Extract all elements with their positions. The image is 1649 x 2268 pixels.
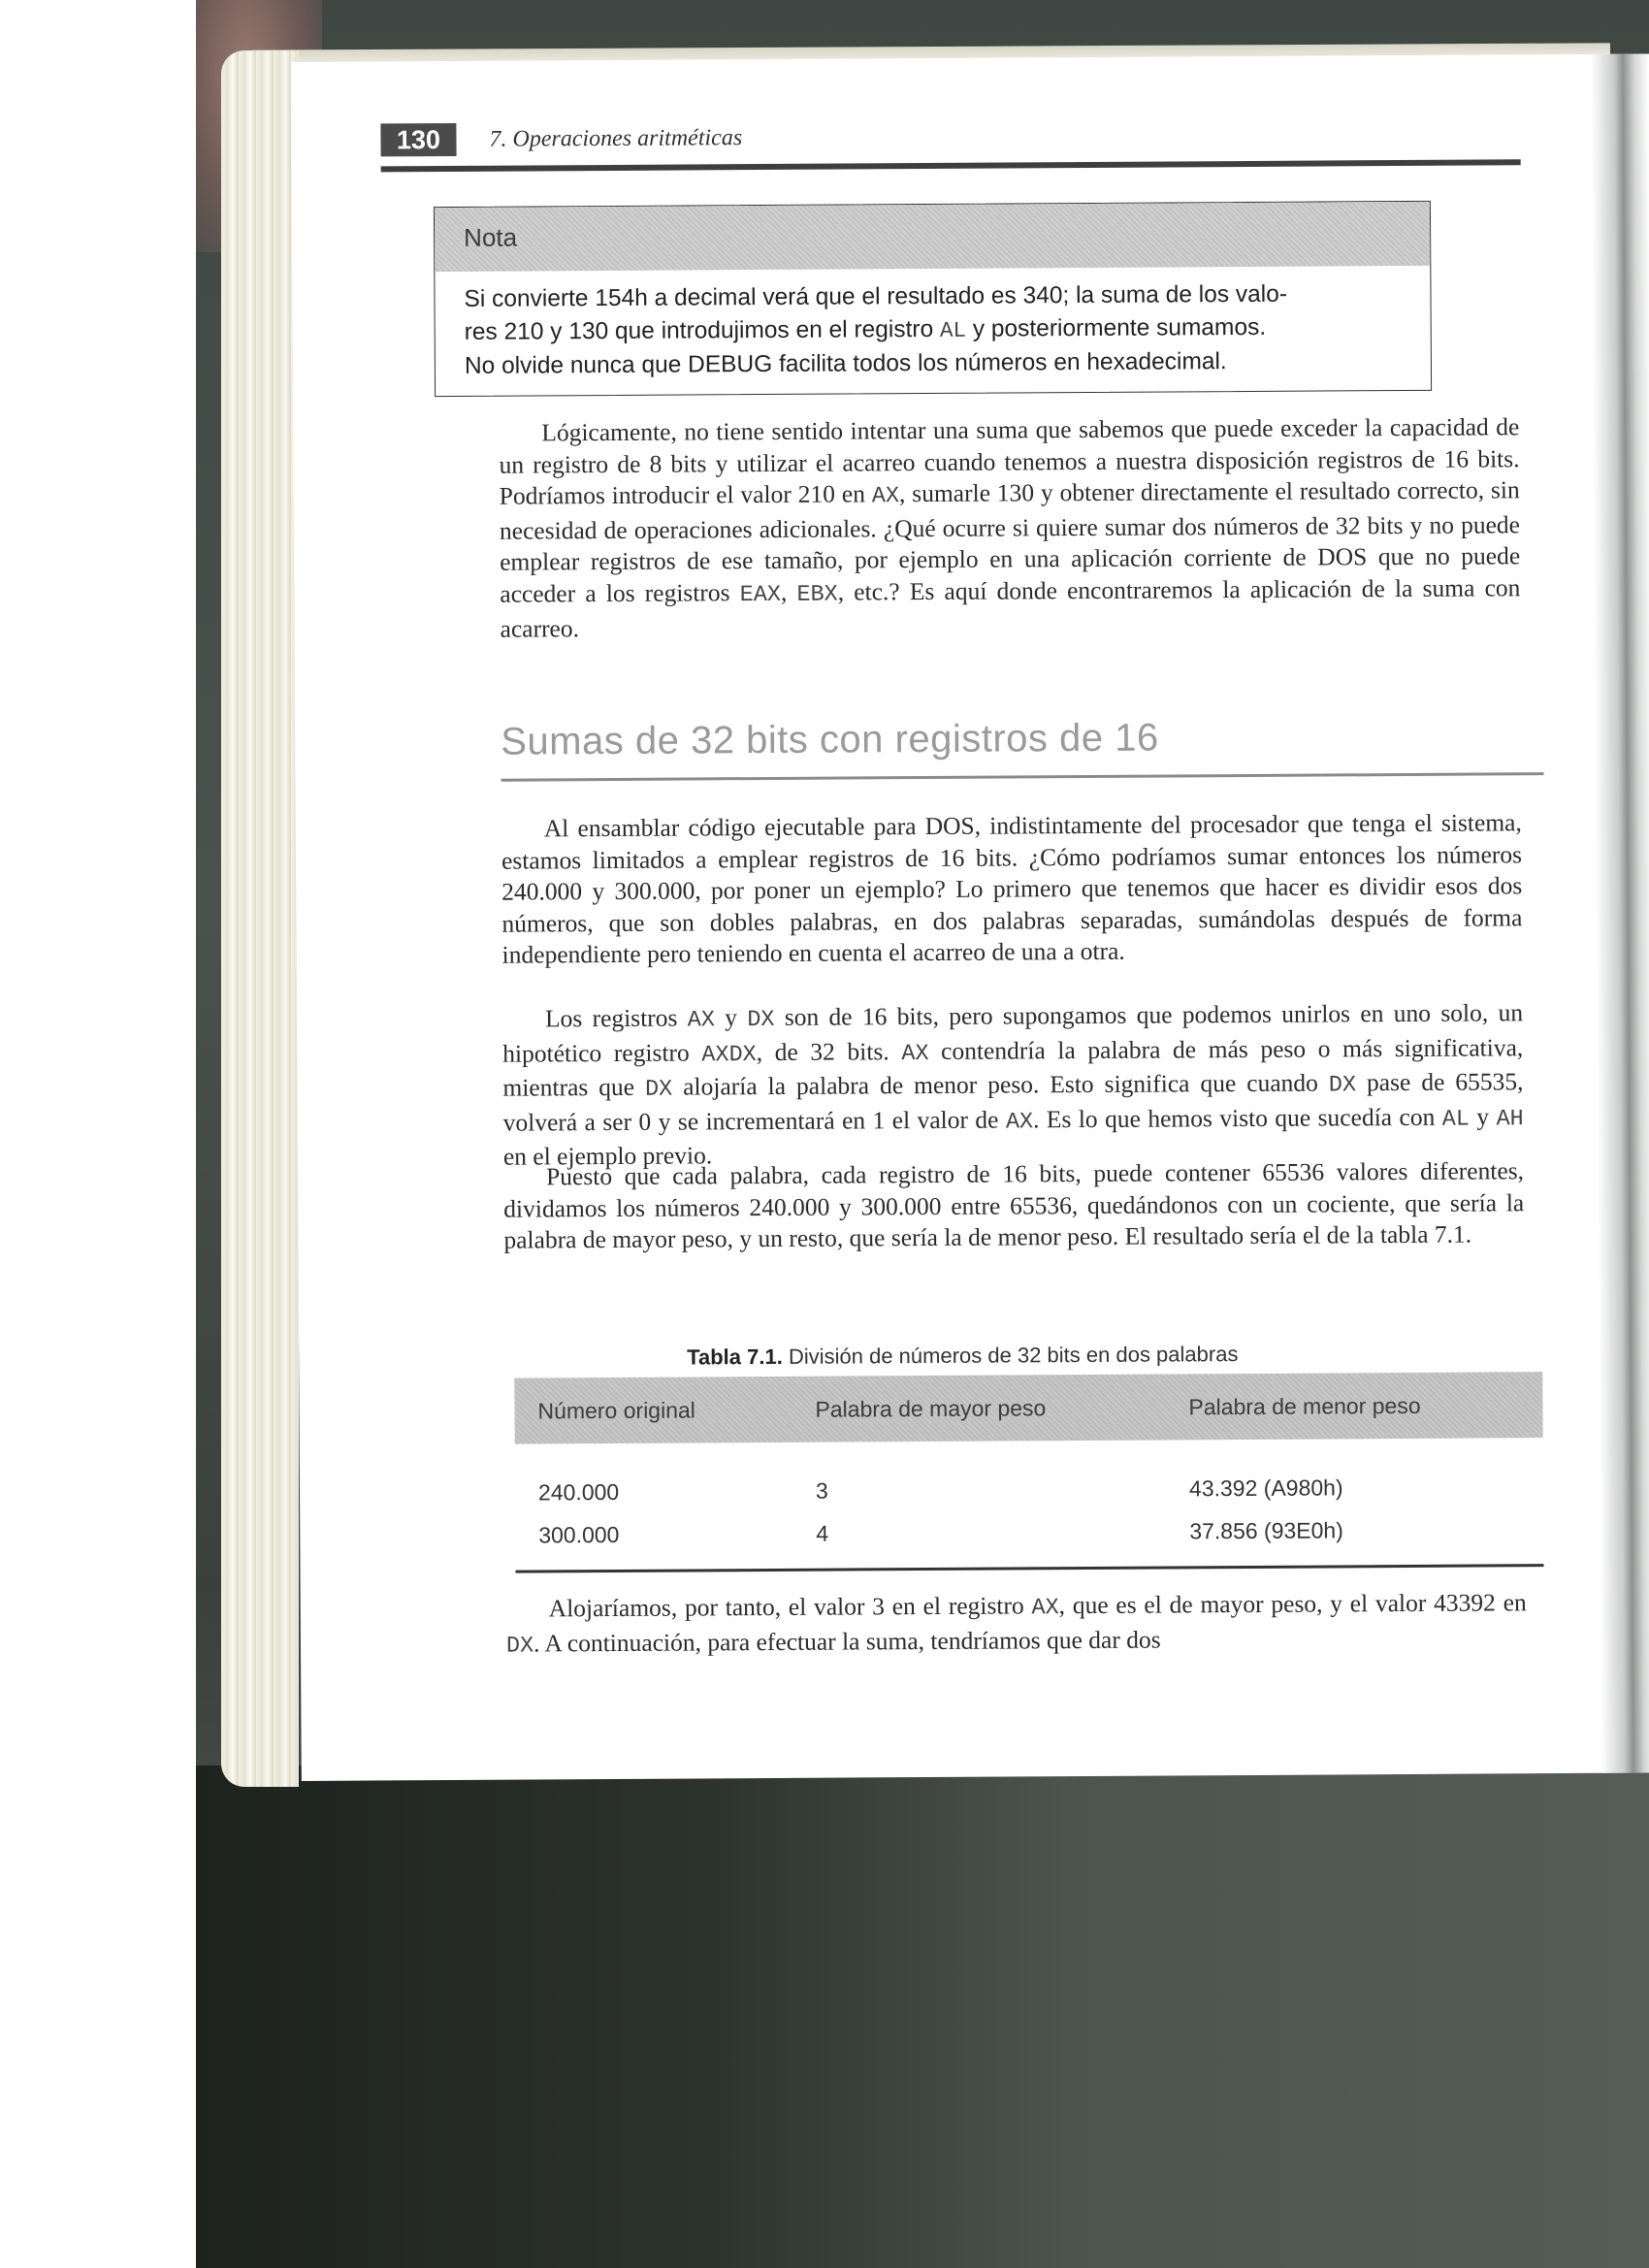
text: . Es lo que hemos visto que sucedía con: [1033, 1103, 1442, 1134]
table-caption: Tabla 7.1. División de números de 32 bit…: [687, 1342, 1238, 1370]
table-7-1: Número original Palabra de mayor peso Pa…: [514, 1372, 1543, 1572]
paragraph-al-ensamblar: Al ensamblar código ejecutable para DOS,…: [501, 807, 1523, 971]
table-cell: 4: [816, 1518, 1189, 1546]
text: y: [715, 1003, 748, 1031]
text: . A continuación, para efectuar la suma,…: [533, 1625, 1161, 1657]
column-header: Palabra de menor peso: [1188, 1392, 1542, 1420]
register-code: DX: [747, 1007, 774, 1033]
register-code: AX: [1031, 1595, 1058, 1621]
table-caption-text: División de números de 32 bits en dos pa…: [783, 1342, 1239, 1369]
text: alojaría la palabra de menor peso. Esto …: [672, 1069, 1329, 1101]
table-bottom-rule: [516, 1564, 1544, 1572]
note-text: Si convierte 154h a decimal verá que el …: [464, 281, 1287, 312]
table-cell: 300.000: [515, 1520, 816, 1548]
note-line: res 210 y 130 que introdujimos en el reg…: [465, 310, 1409, 350]
table-cell: 3: [816, 1475, 1189, 1504]
register-code: AH: [1496, 1106, 1523, 1132]
register-code: AL: [940, 318, 966, 343]
register-code: DX: [645, 1077, 672, 1103]
paragraph-los-registros: Los registros AX y DX son de 16 bits, pe…: [502, 997, 1524, 1173]
paragraph-puesto-que: Puesto que cada palabra, cada registro d…: [503, 1155, 1525, 1256]
text: , de 32 bits.: [757, 1037, 902, 1066]
table-body: 240.000 3 43.392 (A980h) 300.000 4 37.85…: [515, 1438, 1544, 1556]
running-header: 130 7. Operaciones aritméticas: [380, 116, 1612, 182]
table-row: 300.000 4 37.856 (93E0h): [515, 1507, 1543, 1556]
note-text: No olvide nunca que DEBUG facilita todos…: [465, 348, 1227, 379]
table-cell: 37.856 (93E0h): [1189, 1516, 1543, 1544]
column-header: Número original: [514, 1396, 815, 1424]
text: Los registros: [545, 1004, 688, 1033]
table-caption-label: Tabla 7.1.: [687, 1345, 783, 1370]
note-body: Si convierte 154h a decimal verá que el …: [435, 266, 1431, 383]
note-text: res 210 y 130 que introdujimos en el reg…: [465, 316, 940, 345]
text: y: [1470, 1102, 1497, 1130]
register-code: DX: [506, 1633, 533, 1659]
book-page-edges: [221, 50, 299, 1787]
table-cell: 43.392 (A980h): [1189, 1474, 1543, 1502]
register-code: EBX: [796, 582, 837, 608]
register-code: AL: [1442, 1106, 1470, 1132]
register-code: AX: [872, 483, 899, 509]
note-box: Nota Si convierte 154h a decimal verá qu…: [434, 201, 1432, 397]
register-code: AX: [901, 1041, 928, 1067]
note-title: Nota: [435, 202, 1430, 272]
page-gutter: [1591, 53, 1649, 1772]
register-code: AX: [688, 1007, 715, 1033]
register-code: EAX: [740, 582, 781, 608]
text: Alojaríamos, por tanto, el valor 3 en el…: [549, 1591, 1032, 1622]
note-line: Si convierte 154h a decimal verá que el …: [464, 277, 1408, 316]
paragraph-logicamente: Lógicamente, no tiene sentido intentar u…: [499, 411, 1520, 645]
register-code: DX: [1329, 1073, 1356, 1099]
text: ,: [781, 578, 797, 606]
chapter-title: 7. Operaciones aritméticas: [489, 121, 742, 156]
note-text: y posteriormente sumamos.: [966, 314, 1266, 342]
book-page: 130 7. Operaciones aritméticas Nota Si c…: [291, 53, 1649, 1781]
note-line: No olvide nunca que DEBUG facilita todos…: [465, 344, 1409, 383]
register-code: AX: [1006, 1109, 1033, 1135]
table-header-row: Número original Palabra de mayor peso Pa…: [514, 1372, 1542, 1443]
table-cell: 240.000: [515, 1477, 816, 1506]
text: , que es el de mayor peso, y el valor 43…: [1059, 1588, 1527, 1619]
section-title: Sumas de 32 bits con registros de 16: [501, 717, 1159, 764]
page-number: 130: [380, 123, 456, 156]
paragraph-alojariamos: Alojaríamos, por tanto, el valor 3 en el…: [506, 1587, 1527, 1663]
section-rule: [501, 772, 1544, 782]
table-row: 240.000 3 43.392 (A980h): [515, 1465, 1543, 1513]
column-header: Palabra de mayor peso: [815, 1394, 1188, 1422]
header-rule: [381, 159, 1521, 172]
scanner-shadow: [196, 1766, 1649, 2268]
register-code: AXDX: [701, 1042, 756, 1068]
